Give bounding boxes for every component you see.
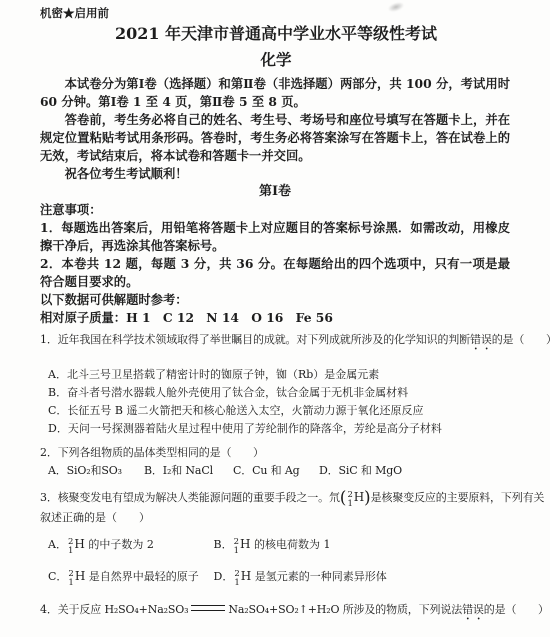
question-3: 3．核聚变发电有望成为解决人类能源问题的重要手段之一。氘(21H)是核聚变反应的… (40, 488, 546, 588)
isotope-numbers: 21 (347, 491, 352, 509)
isotope-numbers: 21 (234, 538, 239, 556)
element-symbol: H (240, 537, 250, 551)
question-1-option-d: D．天问一号探测器着陆火星过程中使用了芳纶制作的降落伞，芳纶是高分子材料 (40, 420, 546, 438)
question-1-option-b: B．奋斗者号潜水器载人舱外壳使用了钛合金，钛合金属于无机非金属材料 (40, 384, 546, 402)
isotope-notation: 21H (67, 570, 85, 583)
isotope-notation: 21H (67, 538, 85, 551)
instruction-paragraph-1: 本试卷分为第Ⅰ卷（选择题）和第Ⅱ卷（非选择题）两部分，共 100 分，考试用时 … (40, 75, 510, 111)
question-1-option-c: C．长征五号 B 遥二火箭把天和核心舱送入太空，火箭动力源于氧化还原反应 (40, 402, 546, 420)
question-3-stem-text: 3．核聚变发电有望成为解决人类能源问题的重要手段之一。氘 (40, 491, 340, 504)
question-3-option-d: D．21H 是氢元素的一种同素异形体 (214, 570, 387, 583)
emphasized-word: 错误 (462, 603, 484, 616)
section-1-heading: 第Ⅰ卷 (40, 183, 510, 201)
equation-right-side: Na₂SO₄+SO₂↑+H₂O (228, 603, 339, 616)
question-3-options-row-2: C．21H 是自然界中最轻的原子 D．21H 是氢元素的一种同素异形体 (40, 565, 546, 588)
question-2-options: A．SiO₂和SO₃ B．I₂和 NaCl C．Cu 和 Ag D．SiC 和 … (40, 462, 546, 480)
question-3-stem-line-2: 叙述正确的是（ ） (40, 509, 546, 527)
element-symbol: H (75, 569, 85, 583)
notice-item-2: 2．本卷共 12 题，每题 3 分，共 36 分。在每题给出的四个选项中，只有一… (40, 255, 510, 291)
option-text: 是氢元素的一种同素异形体 (251, 570, 387, 583)
atomic-mass-line: 相对原子质量：H 1 C 12 N 14 O 16 Fe 56 (40, 309, 510, 327)
question-3-option-a: A．21H 的中子数为 2 (48, 533, 210, 556)
notice-block: 注意事项： 1．每题选出答案后，用铅笔将答题卡上对应题目的答案标号涂黑．如需改动… (40, 201, 510, 327)
atomic-number: 1 (68, 547, 73, 556)
atomic-number: 1 (68, 579, 73, 588)
element-symbol: H (74, 537, 84, 551)
blank-line (40, 353, 546, 366)
question-3-options-row-1: A．21H 的中子数为 2 B．21H 的核电荷数为 1 (40, 533, 546, 556)
question-4-stem: 4．关于反应 H₂SO₄+Na₂SO₃Na₂SO₄+SO₂↑+H₂O 所涉及的物… (40, 601, 546, 623)
question-1-option-a: A．北斗三号卫星搭载了精密计时的铷原子钟，铷（Rb）是金属元素 (40, 366, 546, 384)
question-2-option-c: C．Cu 和 Ag (233, 462, 319, 480)
isotope-notation: 21H (346, 491, 364, 504)
question-2-option-a: A．SiO₂和SO₃ (48, 462, 144, 480)
option-text: 是自然界中最轻的原子 (85, 570, 199, 583)
element-symbol: H (241, 569, 251, 583)
notice-item-1: 1．每题选出答案后，用铅笔将答题卡上对应题目的答案标号涂黑．如需改动，用橡皮擦干… (40, 219, 510, 255)
question-4-stem-text: 4．关于反应 (40, 603, 104, 616)
question-2-option-d: D．SiC 和 MgO (319, 462, 402, 480)
question-1: 1．近年我国在科学技术领域取得了举世瞩目的成就。对下列成就所涉及的化学知识的判断… (40, 331, 546, 438)
classification-label: 机密★启用前 (40, 6, 550, 21)
option-text: 的核电荷数为 1 (250, 538, 330, 551)
isotope-notation: 21H (233, 570, 251, 583)
question-4-stem-end: 的是（ ） (484, 603, 549, 616)
subject-title: 化学 (40, 50, 512, 70)
atomic-number: 1 (347, 500, 352, 509)
exam-instructions: 本试卷分为第Ⅰ卷（选择题）和第Ⅱ卷（非选择题）两部分，共 100 分，考试用时 … (40, 75, 510, 183)
question-1-stem: 1．近年我国在科学技术领域取得了举世瞩目的成就。对下列成就所涉及的化学知识的判断… (40, 331, 546, 353)
option-label: D． (214, 570, 234, 583)
isotope-numbers: 21 (234, 570, 239, 588)
question-3-option-b: B．21H 的核电荷数为 1 (214, 538, 331, 551)
question-3-stem-line-1: 3．核聚变发电有望成为解决人类能源问题的重要手段之一。氘(21H)是核聚变反应的… (40, 488, 546, 509)
emphasized-word: 错误 (470, 333, 492, 346)
right-paren: ) (364, 488, 371, 508)
question-1-stem-text: 1．近年我国在科学技术领域取得了举世瞩目的成就。对下列成就所涉及的化学知识的判断 (40, 333, 470, 346)
reference-data-intro: 以下数据可供解题时参考： (40, 291, 510, 309)
question-4-stem-mid: 所涉及的物质，下列说法 (339, 603, 462, 616)
option-text: 的中子数为 2 (85, 538, 154, 551)
option-label: A． (48, 538, 67, 551)
question-3-option-c: C．21H 是自然界中最轻的原子 (48, 565, 210, 588)
isotope-numbers: 21 (68, 538, 73, 556)
question-1-stem-end: 的是（ ） (492, 333, 550, 346)
instruction-paragraph-2: 答卷前，考生务必将自己的姓名、考生号、考场号和座位号填写在答题卡上，并在规定位置… (40, 111, 510, 165)
isotope-notation: 21H (233, 538, 251, 551)
instruction-paragraph-3: 祝各位考生考试顺利！ (40, 165, 510, 183)
question-2-stem: 2．下列各组物质的晶体类型相同的是（ ） (40, 444, 546, 462)
double-line-equals (191, 605, 225, 611)
atomic-number: 1 (234, 579, 239, 588)
question-2-option-b: B．I₂和 NaCl (144, 462, 233, 480)
question-4: 4．关于反应 H₂SO₄+Na₂SO₃Na₂SO₄+SO₂↑+H₂O 所涉及的物… (40, 601, 546, 623)
option-label: C． (48, 570, 67, 583)
exam-paper-page: 机密★启用前 2021 年天津市普通高中学业水平等级性考试 化学 本试卷分为第Ⅰ… (0, 0, 550, 637)
atomic-number: 1 (234, 547, 239, 556)
exam-title: 2021 年天津市普通高中学业水平等级性考试 (40, 24, 512, 44)
question-3-stem-tail: 是核聚变反应的主要原料，下列有关 (371, 491, 545, 504)
element-symbol: H (354, 490, 364, 504)
isotope-numbers: 21 (68, 570, 73, 588)
notice-title: 注意事项： (40, 201, 510, 219)
question-2: 2．下列各组物质的晶体类型相同的是（ ） A．SiO₂和SO₃ B．I₂和 Na… (40, 444, 546, 480)
equation-left-side: H₂SO₄+Na₂SO₃ (104, 603, 188, 616)
option-label: B． (214, 538, 233, 551)
